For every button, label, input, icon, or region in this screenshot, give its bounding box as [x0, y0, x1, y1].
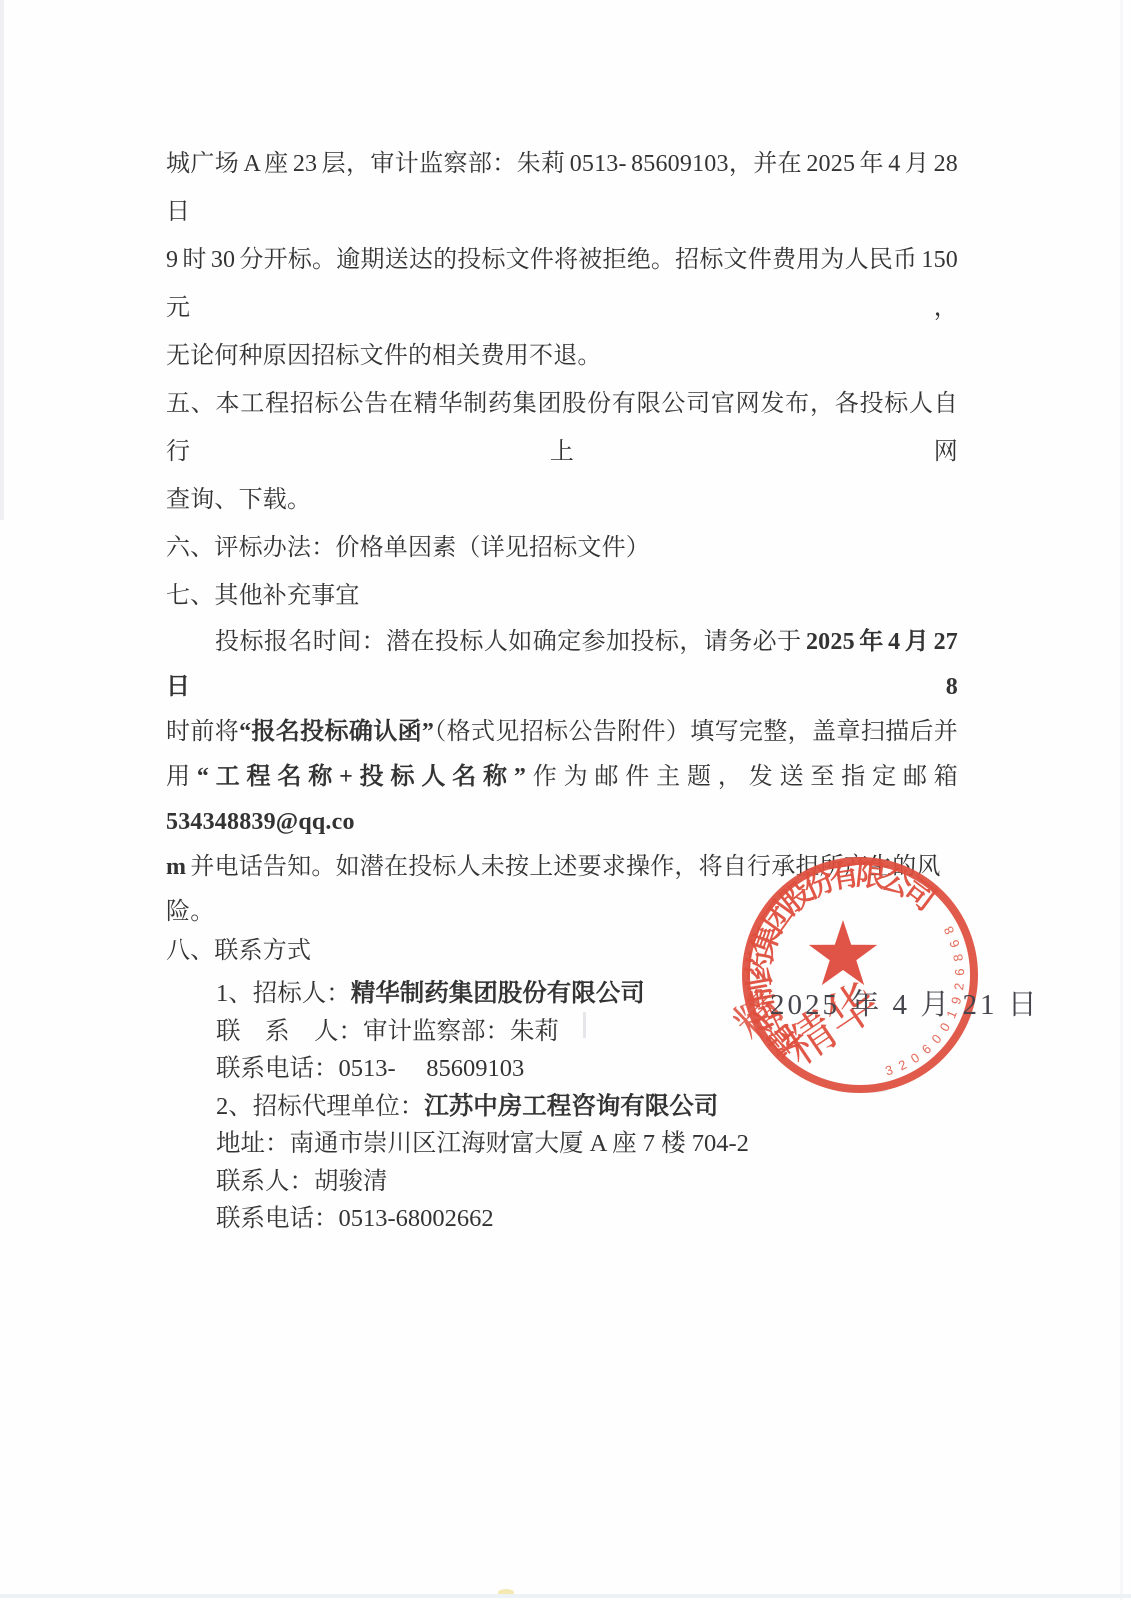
section-item-6: 六、评标办法：价格单因素（详见招标文件） — [166, 524, 958, 572]
scan-edge-shadow-right — [1120, 0, 1123, 1600]
agency-name: 江苏中房工程咨询有限公司 — [424, 1093, 718, 1120]
notice-bold-term: “工程名称+投标人名称” — [197, 764, 526, 790]
seal-date-text: 2025 年 4 月 21 日 — [770, 982, 1040, 1023]
paragraph-continuation: 城广场 A 座 23 层，审计监察部：朱莉 0513- 85609103，并在 … — [166, 140, 958, 380]
notice-bold-term: “报名投标确认函” — [239, 719, 434, 745]
body-line: 查询、下载。 — [166, 476, 958, 524]
tenderer-name: 精华制药集团股份有限公司 — [351, 980, 645, 1007]
notice-line: 投标报名时间：潜在投标人如确定参加投标，请务必于 2025 年 4 月 27 日… — [166, 620, 958, 710]
agency-label: 2、招标代理单位： — [216, 1093, 424, 1120]
body-line: 无论何种原因招标文件的相关费用不退。 — [166, 332, 958, 380]
scan-edge-shadow-bottom — [0, 1594, 1131, 1598]
body-line: 五、本工程招标公告在精华制药集团股份有限公司官网发布，各投标人自行上网 — [166, 380, 958, 476]
notice-text: 时前将 — [166, 719, 239, 745]
notice-line: 用“工程名称+投标人名称”作为邮件主题，发送至指定邮箱 534348839@qq… — [166, 755, 958, 845]
notice-text: （格式见招标公告附件）填写完整，盖章扫描后并 — [434, 719, 958, 745]
scan-edge-shadow-left — [0, 0, 4, 520]
body-line: 城广场 A 座 23 层，审计监察部：朱莉 0513- 85609103，并在 … — [166, 140, 958, 236]
agency-person-line: 联系人：胡骏清 — [216, 1163, 958, 1201]
notice-bold-email: m — [166, 854, 186, 880]
notice-text: 用 — [166, 764, 197, 790]
scan-artifact-mark — [583, 1012, 586, 1038]
notice-bold-email: 534348839@qq.co — [166, 809, 355, 835]
section-item-7: 七、其他补充事宜 — [166, 572, 958, 620]
agency-phone-line: 联系电话：0513-68002662 — [216, 1200, 958, 1238]
tenderer-label: 1、招标人： — [216, 980, 351, 1007]
seal-star-icon — [809, 920, 877, 985]
agency-address-line: 地址：南通市崇川区江海财富大厦 A 座 7 楼 704-2 — [216, 1125, 958, 1163]
notice-line: 时前将“报名投标确认函”（格式见招标公告附件）填写完整，盖章扫描后并 — [166, 710, 958, 755]
body-line: 9 时 30 分开标。逾期送达的投标文件将被拒绝。招标文件费用为人民币 150 … — [166, 236, 958, 332]
scanned-document-page: 城广场 A 座 23 层，审计监察部：朱莉 0513- 85609103，并在 … — [0, 0, 1131, 1600]
section-item-5: 五、本工程招标公告在精华制药集团股份有限公司官网发布，各投标人自行上网 查询、下… — [166, 380, 958, 524]
seal-svg: 精华制药集团股份有限公司 3206001926868 精 精华 — [733, 848, 995, 1110]
notice-text: 作为邮件主题，发送至指定邮箱 — [526, 764, 958, 790]
notice-text: 投标报名时间：潜在投标人如确定参加投标，请务必于 — [215, 629, 806, 655]
company-seal: 精华制药集团股份有限公司 3206001926868 精 精华 — [733, 848, 995, 1110]
